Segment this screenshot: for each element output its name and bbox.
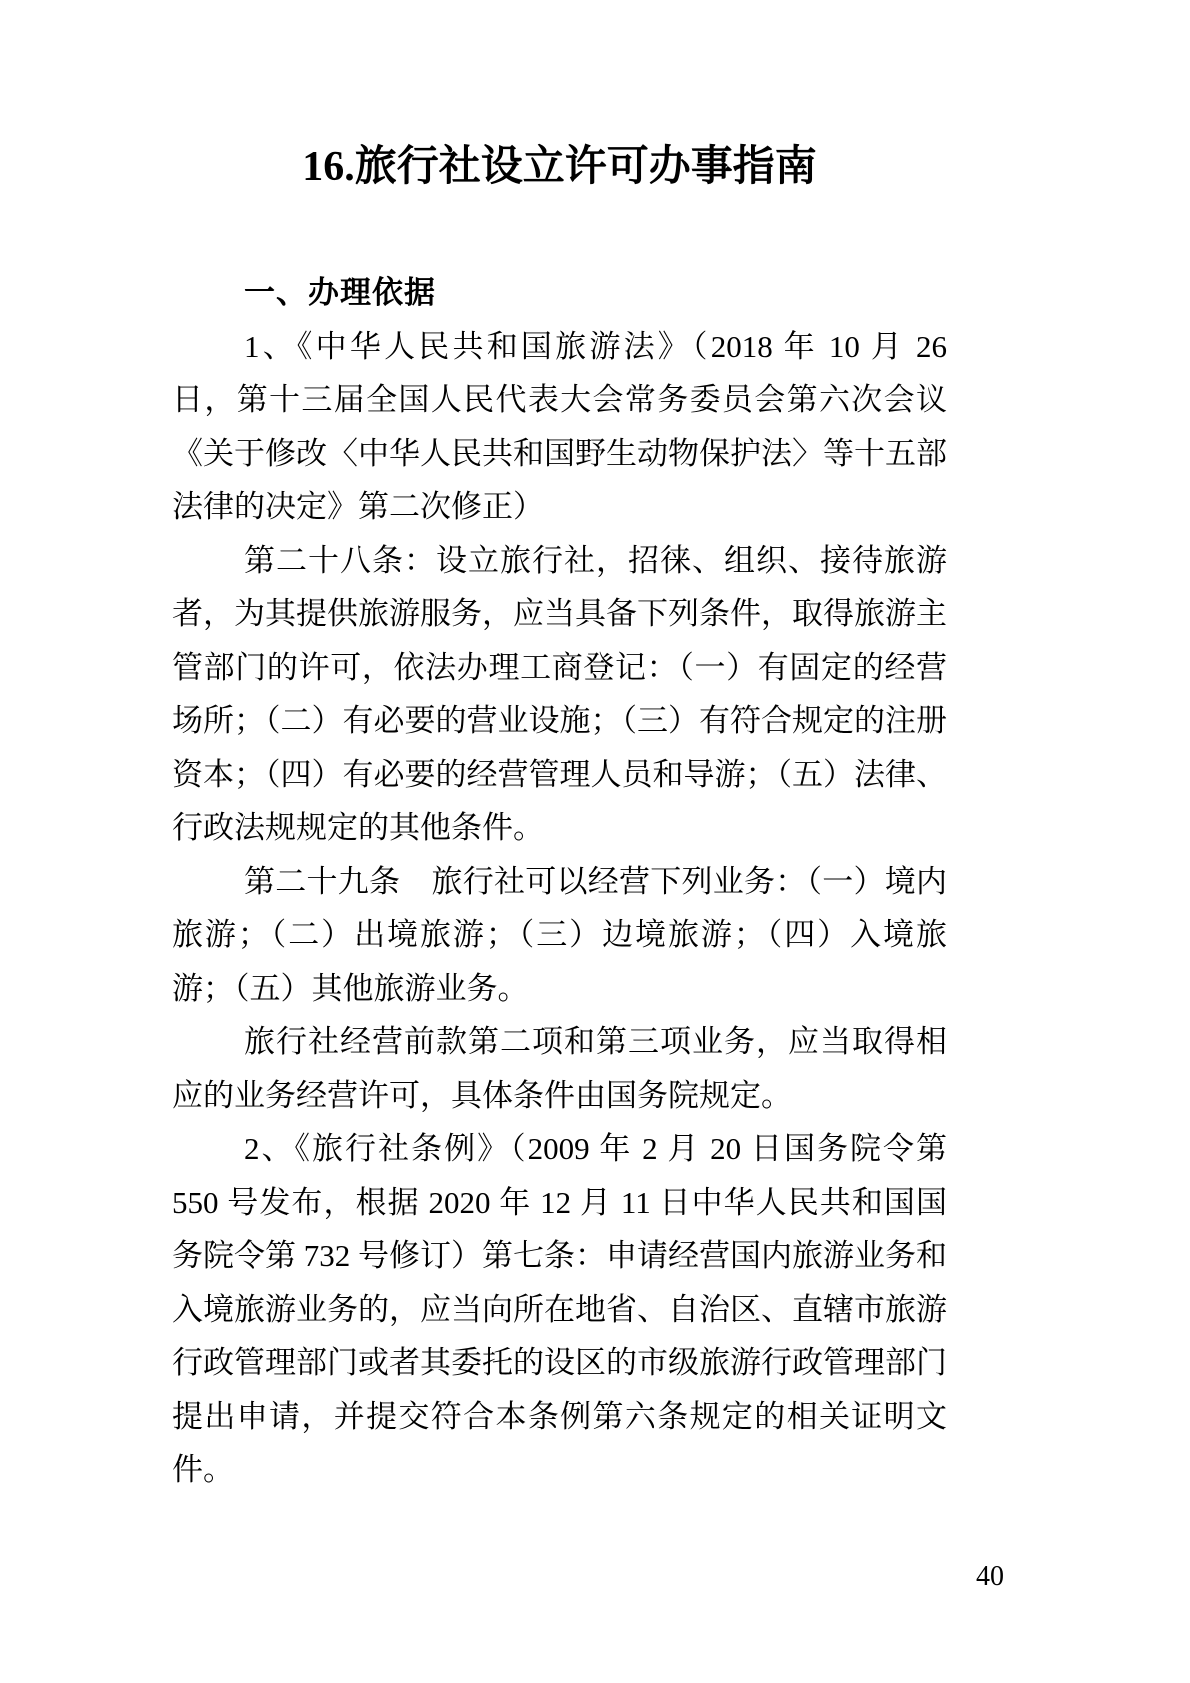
paragraph: 旅行社经营前款第二项和第三项业务，应当取得相应的业务经营许可，具体条件由国务院规… [172,1015,947,1122]
paragraph: 第二十九条 旅行社可以经营下列业务：（一）境内旅游；（二）出境旅游；（三）边境旅… [172,855,947,1016]
paragraph: 第二十八条：设立旅行社，招徕、组织、接待旅游者，为其提供旅游服务，应当具备下列条… [172,534,947,855]
paragraph: 1、《中华人民共和国旅游法》（2018 年 10 月 26 日，第十三届全国人民… [172,320,947,534]
document-body: 一、办理依据 1、《中华人民共和国旅游法》（2018 年 10 月 26 日，第… [172,266,947,1497]
page-title: 16.旅行社设立许可办事指南 [172,138,947,196]
document-page: 16.旅行社设立许可办事指南 一、办理依据 1、《中华人民共和国旅游法》（201… [0,0,1190,1683]
section-heading: 一、办理依据 [172,266,947,320]
page-number: 40 [976,1560,1004,1594]
paragraph: 2、《旅行社条例》（2009 年 2 月 20 日国务院令第 550 号发布，根… [172,1122,947,1497]
